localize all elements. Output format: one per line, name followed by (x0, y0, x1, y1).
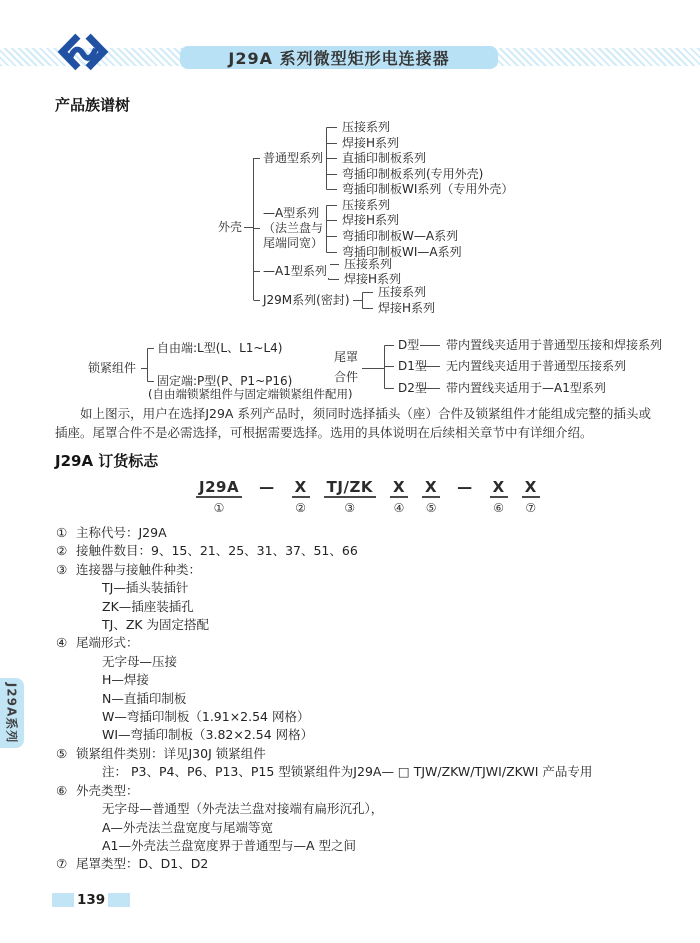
tree-leaf: 焊接H系列 (342, 136, 399, 150)
tree-group-label: —A1型系列 (260, 264, 330, 278)
tree-leaf: 弯插印制板W—A系列 (342, 229, 458, 243)
tree-group-label-line: —A型系列 (263, 206, 319, 220)
code-text: — (256, 479, 278, 496)
tree-group-label: J29M系列(密封) (260, 293, 353, 307)
tree-leaf: 压接系列 (342, 120, 390, 134)
tree-leaf-type: D2型 (398, 381, 427, 395)
tree-group-label: 普通型系列 (260, 151, 326, 165)
page-title-banner: J29A 系列微型矩形电连接器 (180, 46, 498, 69)
code-text: X (490, 479, 508, 498)
list-item-3-sub-3: TJ、ZK 为固定搭配 (50, 616, 684, 634)
item-index: ① (56, 524, 76, 542)
item-index: ⑥ (56, 782, 76, 800)
list-item-6-sub-2: A—外壳法兰盘宽度与尾端等宽 (50, 819, 684, 837)
code-index: ⑤ (426, 502, 437, 514)
code-segment: X④ (390, 479, 408, 514)
code-segment: X⑦ (522, 479, 540, 514)
code-segment: J29A① (196, 479, 242, 514)
item-index: ② (56, 542, 76, 560)
code-index: ③ (344, 502, 355, 514)
item-text: 连接器与接触件种类： (76, 561, 201, 579)
code-segment: X⑥ (490, 479, 508, 514)
code-segment: TJ/ZK③ (324, 479, 376, 514)
item-index: ⑦ (56, 855, 76, 873)
series-side-tab: J29A系列 (0, 678, 24, 748)
list-item-6: ⑥外壳类型： (50, 782, 684, 800)
tree-leaf-desc: 带内置线夹适用于—A1型系列 (446, 381, 606, 395)
list-item-4: ④尾端形式： (50, 634, 684, 652)
brand-logo-icon (57, 32, 109, 79)
code-segment: X② (292, 479, 310, 514)
code-text: X (522, 479, 540, 498)
tree-leaf: 压接系列 (378, 285, 426, 299)
tree-leaf: 压接系列 (342, 198, 390, 212)
code-index: ⑦ (525, 502, 536, 514)
list-item-4-sub-5: WI—弯插印制板（3.82×2.54 网格） (50, 726, 684, 744)
tree-leaf-desc: 带内置线夹适用于普通型压接和焊接系列 (446, 338, 662, 352)
list-item-4-sub-4: W—弯插印制板（1.91×2.54 网格） (50, 708, 684, 726)
item-text: 尾罩类型：D、D1、D2 (76, 855, 208, 873)
code-text: X (422, 479, 440, 498)
list-item-2: ②接触件数目：9、15、21、25、31、37、51、66 (50, 542, 684, 560)
page-number-right-block (108, 893, 130, 907)
tree-leaf-type: D型 (398, 338, 419, 352)
ordering-code-diagram: J29A① — X② TJ/ZK③ X④ X⑤ — X⑥ X⑦ (196, 479, 540, 514)
series-side-tab-label: J29A系列 (4, 683, 21, 743)
section-heading-family-tree: 产品族谱树 (55, 94, 130, 115)
code-index: ① (214, 502, 225, 514)
item-text: 主称代号：J29A (76, 524, 167, 542)
list-item-3-sub-1: TJ—插头装插针 (50, 579, 684, 597)
tree-leaf-desc: 无内置线夹适用于普通型压接系列 (446, 359, 626, 373)
code-segment: — (256, 479, 278, 512)
tree-leaf: 固定端:P型(P、P1~P16) (157, 374, 292, 388)
list-item-4-sub-2: H—焊接 (50, 671, 684, 689)
tree-leaf: 自由端:L型(L、L1~L4) (157, 341, 282, 355)
item-index: ④ (56, 634, 76, 652)
tree-root-tailcover-line: 合件 (334, 370, 358, 384)
intro-paragraph: 如上图示，用户在选择J29A 系列产品时，须同时选择插头（座）合件及锁紧组件才能… (55, 404, 651, 442)
tree-leaf: 焊接H系列 (342, 213, 399, 227)
tree-leaf: 焊接H系列 (378, 301, 435, 315)
list-item-3-sub-2: ZK—插座装插孔 (50, 598, 684, 616)
code-segment: — (454, 479, 476, 512)
code-text: — (454, 479, 476, 496)
item-index: ③ (56, 561, 76, 579)
tree-group-label-line: （法兰盘与 (260, 221, 326, 235)
tree-leaf: 焊接H系列 (344, 272, 401, 286)
page-number: 139 (77, 892, 105, 908)
item-text: 尾端形式： (76, 634, 139, 652)
tree-root-locking: 锁紧组件 (88, 361, 136, 375)
list-item-5: ⑤锁紧组件类别：详见J30J 锁紧组件 (50, 745, 684, 763)
list-item-1: ①主称代号：J29A (50, 524, 684, 542)
tree-group-label-line: 尾端同宽） (263, 236, 323, 250)
list-item-6-sub-1: 无字母—普通型（外壳法兰盘对接端有扁形沉孔）， (50, 800, 684, 818)
tree-leaf-type: D1型 (398, 359, 427, 373)
code-text: J29A (196, 479, 242, 498)
product-family-tree: 外壳 普通型系列 压接系列 焊接H系列 直插印制板系列 弯插印制板系列(专用外壳… (50, 118, 695, 406)
item-text: 外壳类型： (76, 782, 139, 800)
item-index: ⑤ (56, 745, 76, 763)
code-index: ② (295, 502, 306, 514)
tree-root-tailcover-line: 尾罩 (334, 350, 358, 364)
code-segment: X⑤ (422, 479, 440, 514)
section-heading-ordering: J29A 订货标志 (55, 450, 158, 471)
list-item-5-note: 注： P3、P4、P6、P13、P15 型锁紧组件为J29A— □ TJW/ZK… (50, 763, 684, 781)
code-text: TJ/ZK (324, 479, 376, 498)
tree-leaf: 压接系列 (344, 257, 392, 271)
ordering-item-list: ①主称代号：J29A ②接触件数目：9、15、21、25、31、37、51、66… (50, 524, 684, 874)
list-item-4-sub-3: N—直插印制板 (50, 690, 684, 708)
page-title: J29A 系列微型矩形电连接器 (228, 46, 449, 69)
list-item-3: ③连接器与接触件种类： (50, 561, 684, 579)
tree-root-shell: 外壳 (218, 220, 242, 234)
item-text: 锁紧组件类别：详见J30J 锁紧组件 (76, 745, 266, 763)
list-item-6-sub-3: A1—外壳法兰盘宽度界于普通型与—A 型之间 (50, 837, 684, 855)
tree-leaf: 弯插印制板系列(专用外壳) (342, 167, 483, 181)
code-text: X (292, 479, 310, 498)
list-item-7: ⑦尾罩类型：D、D1、D2 (50, 855, 684, 873)
tree-leaf: 直插印制板系列 (342, 151, 426, 165)
code-index: ④ (394, 502, 405, 514)
tree-leaf: 弯插印制板WⅠ系列（专用外壳） (342, 182, 513, 196)
list-item-4-sub-1: 无字母—压接 (50, 653, 684, 671)
page-number-left-block (52, 893, 74, 907)
page-number-bar: 139 (52, 892, 130, 908)
tree-note: (自由端锁紧组件与固定端锁紧组件配用) (148, 387, 352, 401)
code-index: ⑥ (493, 502, 504, 514)
item-text: 接触件数目：9、15、21、25、31、37、51、66 (76, 542, 358, 560)
code-text: X (390, 479, 408, 498)
